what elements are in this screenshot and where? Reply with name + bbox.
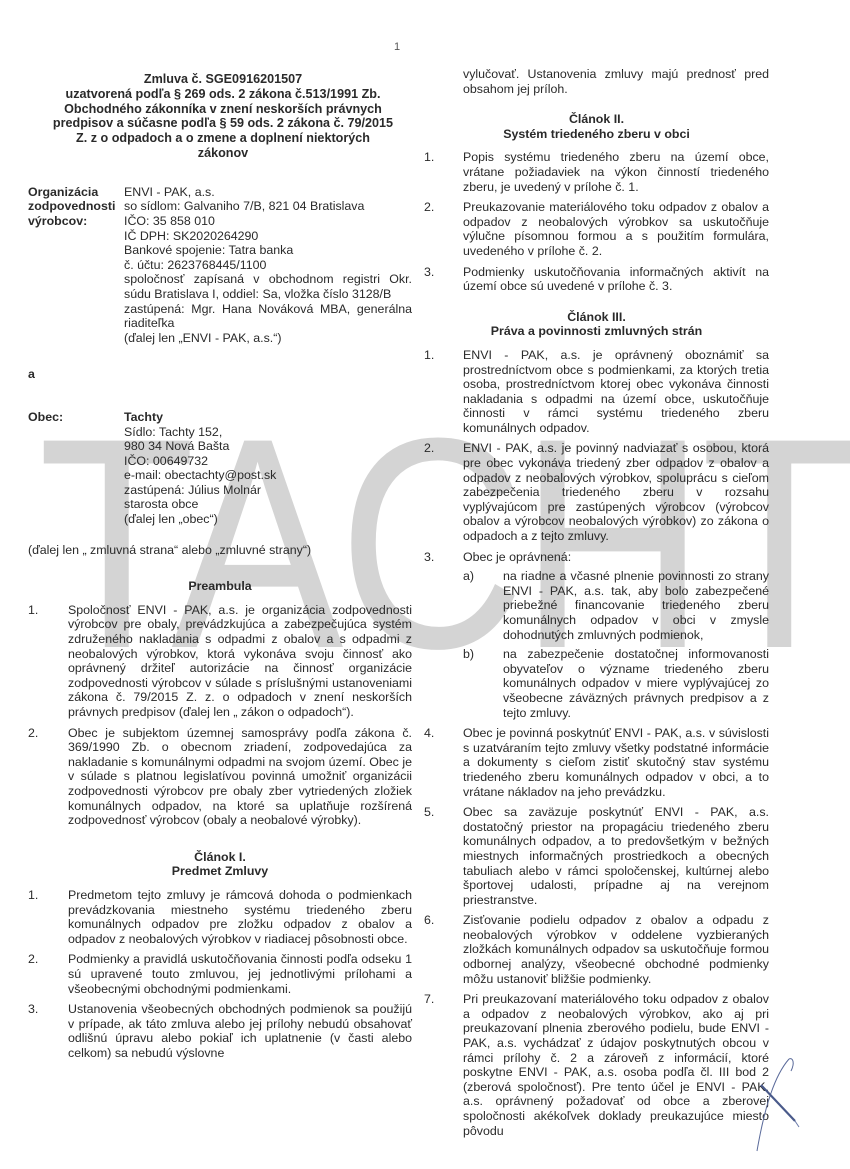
- sub-item-label: b): [463, 647, 503, 720]
- item-text-block: Obec je oprávnená: a) na riadne a včasné…: [463, 550, 769, 721]
- item-text: Ustanovenia všeobecných obchodných podmi…: [68, 1002, 412, 1060]
- party-envipak: Organizácia zodpovednosti výrobcov: ENVI…: [28, 185, 412, 346]
- item-number: 5.: [424, 805, 463, 907]
- party-line: č. účtu: 2623768445/1100: [124, 258, 412, 273]
- article-2-heading: Článok II. Systém triedeného zberu v obc…: [424, 112, 769, 141]
- party-line: Sídlo: Tachty 152,: [124, 425, 412, 440]
- party-line: IČO: 00649732: [124, 454, 412, 469]
- item-number: 1.: [28, 888, 68, 946]
- item-number: 4.: [424, 726, 463, 799]
- item-text: Spoločnosť ENVI - PAK, a.s. je organizác…: [68, 603, 412, 720]
- item-text: Obec je oprávnená:: [463, 550, 769, 565]
- item-number: 6.: [424, 913, 463, 986]
- item-number: 1.: [28, 603, 68, 720]
- party-email: e-mail: obectachty@post.sk: [124, 468, 412, 483]
- item-number: 7.: [424, 992, 463, 1138]
- item-text: Obec sa zaväzuje poskytnúť ENVI - PAK, a…: [463, 805, 769, 907]
- list-item: 3. Ustanovenia všeobecných obchodných po…: [28, 1002, 412, 1060]
- party-details: Tachty Sídlo: Tachty 152, 980 34 Nová Ba…: [124, 410, 412, 527]
- item-text: ENVI - PAK, a.s. je povinný nadviazať s …: [463, 441, 769, 543]
- party-line: (ďalej len „ENVI - PAK, a.s.“): [124, 331, 412, 346]
- article-3-list: 1. ENVI - PAK, a.s. je oprávnený oboznám…: [424, 348, 769, 1138]
- article-title: Systém triedeného zberu v obci: [424, 127, 769, 142]
- list-item: 1. Popis systému triedeného zberu na úze…: [424, 150, 769, 194]
- item-text: Pri preukazovaní materiálového toku odpa…: [463, 992, 769, 1138]
- item-text: Zisťovanie podielu odpadov z obalov a od…: [463, 913, 769, 986]
- item-text: Predmetom tejto zmluvy je rámcová dohoda…: [68, 888, 412, 946]
- article-1-list: 1. Predmetom tejto zmluvy je rámcová doh…: [28, 888, 412, 1061]
- item-text: Podmienky uskutočňovania informačných ak…: [463, 265, 769, 294]
- party-line: zastúpená: Mgr. Hana Nováková MBA, gener…: [124, 302, 412, 331]
- list-item: 3. Podmienky uskutočňovania informačných…: [424, 265, 769, 294]
- list-item: 2. Obec je subjektom územnej samosprávy …: [28, 726, 412, 828]
- item-number: 3.: [424, 265, 463, 294]
- party-details: ENVI - PAK, a.s. so sídlom: Galvaniho 7/…: [124, 185, 412, 346]
- party-line: so sídlom: Galvaniho 7/B, 821 04 Bratisl…: [124, 199, 412, 214]
- item-number: 2.: [424, 441, 463, 543]
- item-number: 1.: [424, 348, 463, 436]
- article-number: Článok I.: [28, 850, 412, 865]
- list-item: 2. Preukazovanie materiálového toku odpa…: [424, 200, 769, 258]
- item-text: ENVI - PAK, a.s. je oprávnený oboznámiť …: [463, 348, 769, 436]
- party-line: zastúpená: Július Molnár: [124, 483, 412, 498]
- parties-note: (ďalej len „ zmluvná strana“ alebo „zmlu…: [28, 543, 412, 558]
- sub-item-text: na riadne a včasné plnenie povinnosti zo…: [503, 569, 769, 642]
- list-item: 1. Predmetom tejto zmluvy je rámcová doh…: [28, 888, 412, 946]
- article-number: Článok II.: [424, 112, 769, 127]
- item-text: Preukazovanie materiálového toku odpadov…: [463, 200, 769, 258]
- preamble-list: 1. Spoločnosť ENVI - PAK, a.s. je organi…: [28, 603, 412, 828]
- sub-item-text: na zabezpečenie dostatočnej informovanos…: [503, 647, 769, 720]
- list-item: 6. Zisťovanie podielu odpadov z obalov a…: [424, 913, 769, 986]
- list-item: 2. Podmienky a pravidlá uskutočňovania č…: [28, 952, 412, 996]
- contract-title: Zmluva č. SGE0916201507 uzatvorená podľa…: [34, 72, 412, 161]
- and-separator: a: [28, 367, 412, 382]
- article-3-heading: Článok III. Práva a povinnosti zmluvných…: [424, 310, 769, 339]
- party-line: spoločnosť zapísaná v obchodnom registri…: [124, 272, 412, 301]
- page-number: 1: [394, 40, 400, 55]
- article-2-list: 1. Popis systému triedeného zberu na úze…: [424, 150, 769, 293]
- right-column: vylučovať. Ustanovenia zmluvy majú predn…: [424, 67, 769, 1144]
- party-line: ENVI - PAK, a.s.: [124, 185, 412, 200]
- item-number: 1.: [424, 150, 463, 194]
- item-text: Obec je povinná poskytnúť ENVI - PAK, a.…: [463, 726, 769, 799]
- list-item: 3. Obec je oprávnená: a) na riadne a vča…: [424, 550, 769, 721]
- party-line: IČ DPH: SK2020264290: [124, 229, 412, 244]
- left-column: Zmluva č. SGE0916201507 uzatvorená podľa…: [28, 72, 412, 1066]
- article-1-continuation: vylučovať. Ustanovenia zmluvy majú predn…: [463, 67, 769, 96]
- list-item: 2. ENVI - PAK, a.s. je povinný nadviazať…: [424, 441, 769, 543]
- article-title: Práva a povinnosti zmluvných strán: [424, 324, 769, 339]
- title-line: zákonov: [34, 146, 412, 161]
- party-line: starosta obce: [124, 497, 412, 512]
- party-label: Organizácia zodpovednosti výrobcov:: [28, 185, 124, 346]
- article-title: Predmet Zmluvy: [28, 864, 412, 879]
- sub-item-label: a): [463, 569, 503, 642]
- party-line: 980 34 Nová Bašta: [124, 439, 412, 454]
- title-line: Z. z o odpadoch a o zmene a doplnení nie…: [34, 131, 412, 146]
- party-line: IČO: 35 858 010: [124, 214, 412, 229]
- list-item: 1. ENVI - PAK, a.s. je oprávnený oboznám…: [424, 348, 769, 436]
- list-item: 1. Spoločnosť ENVI - PAK, a.s. je organi…: [28, 603, 412, 720]
- item-number: 2.: [28, 726, 68, 828]
- item-text: Popis systému triedeného zberu na území …: [463, 150, 769, 194]
- title-line: uzatvorená podľa § 269 ods. 2 zákona č.5…: [34, 87, 412, 102]
- title-line: Obchodného zákonníka v znení neskorších …: [34, 102, 412, 117]
- preamble-heading: Preambula: [28, 579, 412, 594]
- sub-item: b) na zabezpečenie dostatočnej informova…: [463, 647, 769, 720]
- item-number: 3.: [424, 550, 463, 721]
- party-label: Obec:: [28, 410, 124, 527]
- article-1-heading: Článok I. Predmet Zmluvy: [28, 850, 412, 879]
- party-name: Tachty: [124, 410, 412, 425]
- item-text: Obec je subjektom územnej samosprávy pod…: [68, 726, 412, 828]
- list-item: 4. Obec je povinná poskytnúť ENVI - PAK,…: [424, 726, 769, 799]
- item-number: 2.: [424, 200, 463, 258]
- title-line: Zmluva č. SGE0916201507: [34, 72, 412, 87]
- article-number: Článok III.: [424, 310, 769, 325]
- title-line: predpisov a súčasne podľa § 59 ods. 2 zá…: [34, 116, 412, 131]
- party-line: Bankové spojenie: Tatra banka: [124, 243, 412, 258]
- sub-item: a) na riadne a včasné plnenie povinnosti…: [463, 569, 769, 642]
- item-text: Podmienky a pravidlá uskutočňovania činn…: [68, 952, 412, 996]
- list-item: 5. Obec sa zaväzuje poskytnúť ENVI - PAK…: [424, 805, 769, 907]
- item-number: 2.: [28, 952, 68, 996]
- party-obec: Obec: Tachty Sídlo: Tachty 152, 980 34 N…: [28, 410, 412, 527]
- party-line: (ďalej len „obec“): [124, 512, 412, 527]
- signature-mark-icon: [755, 1055, 815, 1155]
- list-item: 7. Pri preukazovaní materiálového toku o…: [424, 992, 769, 1138]
- item-number: 3.: [28, 1002, 68, 1060]
